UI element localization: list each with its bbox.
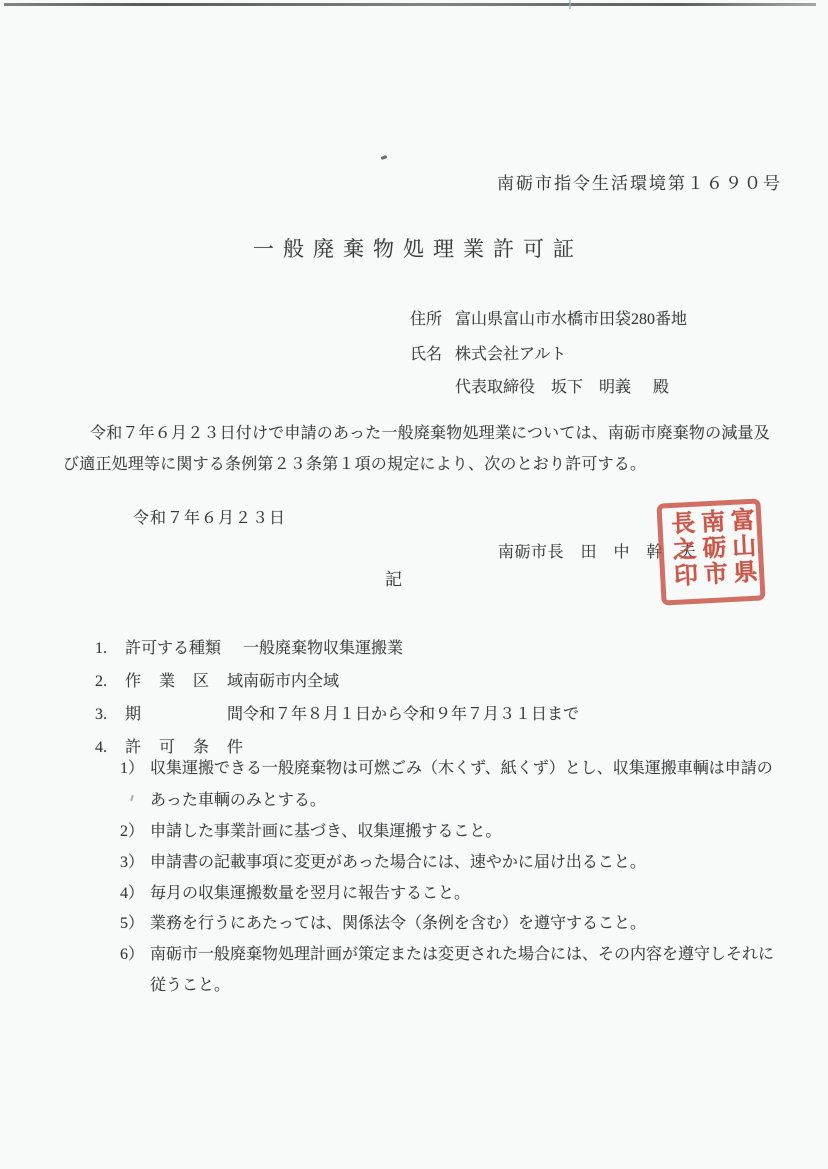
permit-item-area: 2. 作業区域 南砺市内全域	[95, 672, 339, 691]
condition-1-line-1: 1） 収集運搬できる一般廃棄物は可燃ごみ（木くず、紙くず）とし、収集運搬車輌は申…	[120, 759, 773, 778]
seal-column-middle: 南砺市	[696, 508, 727, 595]
permit-item-conditions: 4. 許可条件	[95, 738, 243, 757]
condition-text: 南砺市一般廃棄物処理計画が策定または変更された場合には、その内容を遵守しそれに	[150, 945, 774, 964]
official-red-seal: 富山県 南砺市 長之印	[656, 498, 765, 605]
item-label: 許可条件	[125, 738, 243, 757]
name-value: 株式会社アルト	[455, 345, 566, 364]
body-paragraph-line-1: 令和７年６月２３日付けで申請のあった一般廃棄物処理業については、南砺市廃棄物の減…	[90, 424, 770, 443]
recipient-representative-row: 代表取締役 坂下 明義 殿	[455, 378, 669, 397]
condition-text: 業務を行うにあたっては、関係法令（条例を含む）を遵守すること。	[150, 914, 646, 933]
honorific: 殿	[653, 379, 669, 396]
item-value: 一般廃棄物収集運搬業	[243, 639, 403, 658]
condition-text: 収集運搬できる一般廃棄物は可燃ごみ（木くず、紙くず）とし、収集運搬車輌は申請の	[150, 759, 773, 778]
item-number: 4.	[95, 738, 125, 757]
permit-item-type: 1. 許可する種類 一般廃棄物収集運搬業	[95, 639, 403, 658]
condition-6-line-1: 6） 南砺市一般廃棄物処理計画が策定または変更された場合には、その内容を遵守しそ…	[120, 945, 774, 964]
body-paragraph-line-2: び適正処理等に関する条例第２３条第１項の規定により、次のとおり許可する。	[63, 455, 646, 474]
condition-number: 5）	[120, 914, 150, 933]
condition-1-line-2: あった車輌のみとする。	[150, 791, 326, 810]
recipient-address-row: 住所 富山県富山市水橋市田袋280番地	[410, 310, 687, 329]
condition-text: 申請した事業計画に基づき、収集運搬すること。	[150, 822, 501, 841]
item-number: 1.	[95, 639, 125, 658]
representative-name: 代表取締役 坂下 明義	[455, 379, 631, 396]
condition-number: 4）	[120, 884, 150, 903]
condition-number: 2）	[120, 822, 150, 841]
ki-separator: 記	[385, 570, 402, 590]
item-label: 期間	[125, 705, 243, 724]
item-value: 令和７年８月１日から令和９年７月３１日まで	[243, 705, 579, 724]
condition-3: 3） 申請書の記載事項に変更があった場合には、速やかに届け出ること。	[120, 853, 646, 872]
item-label: 作業区域	[125, 672, 243, 691]
issue-date: 令和７年６月２３日	[133, 509, 286, 528]
condition-number: 3）	[120, 853, 150, 872]
seal-column-left: 長之印	[666, 510, 697, 597]
condition-5: 5） 業務を行うにあたっては、関係法令（条例を含む）を遵守すること。	[120, 914, 646, 933]
scan-speck	[381, 155, 388, 160]
recipient-name-row: 氏名 株式会社アルト	[410, 345, 566, 364]
document-number: 南砺市指令生活環境第１６９０号	[497, 174, 782, 194]
scanned-permit-document: 南砺市指令生活環境第１６９０号 一般廃棄物処理業許可証 住所 富山県富山市水橋市…	[0, 0, 828, 1169]
name-label: 氏名	[410, 345, 455, 364]
scanner-edge-artifact	[4, 3, 816, 6]
condition-2: 2） 申請した事業計画に基づき、収集運搬すること。	[120, 822, 501, 841]
address-label: 住所	[410, 310, 455, 329]
condition-6-line-2: 従うこと。	[150, 976, 230, 995]
permit-item-period: 3. 期間 令和７年８月１日から令和９年７月３１日まで	[95, 705, 579, 724]
document-title: 一般廃棄物処理業許可証	[0, 237, 828, 262]
condition-number: 1）	[120, 759, 150, 778]
seal-column-right: 富山県	[725, 507, 756, 594]
condition-text: 毎月の収集運搬数量を翌月に報告すること。	[150, 884, 470, 903]
condition-number: 6）	[120, 945, 150, 964]
scan-speck	[130, 795, 133, 801]
condition-text: 申請書の記載事項に変更があった場合には、速やかに届け出ること。	[150, 853, 646, 872]
seal-text: 富山県 南砺市 長之印	[666, 507, 756, 597]
item-number: 3.	[95, 705, 125, 724]
scanner-tick-artifact	[569, 0, 571, 9]
item-label: 許可する種類	[125, 639, 243, 658]
condition-4: 4） 毎月の収集運搬数量を翌月に報告すること。	[120, 884, 470, 903]
item-number: 2.	[95, 672, 125, 691]
item-value: 南砺市内全域	[243, 672, 339, 691]
address-value: 富山県富山市水橋市田袋280番地	[455, 310, 687, 329]
